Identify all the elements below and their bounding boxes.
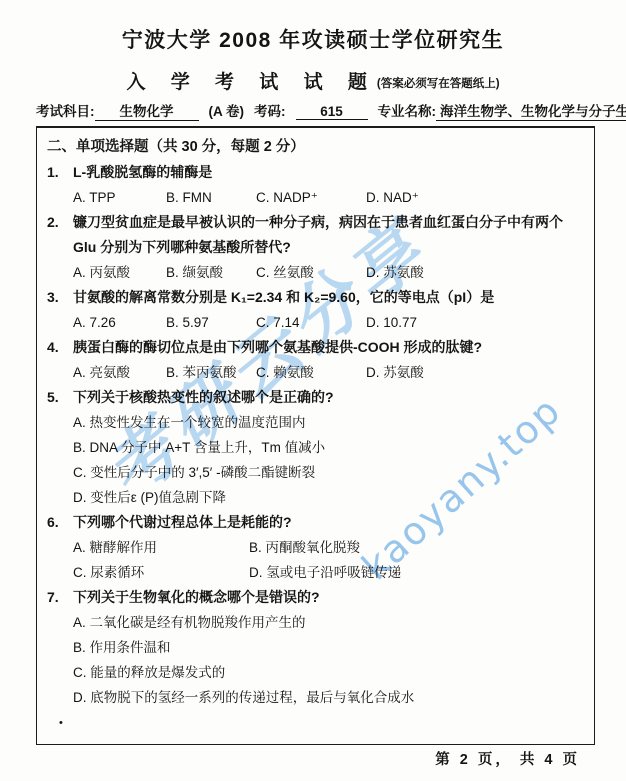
question-3: 3. 甘氨酸的解离常数分别是 K₁=2.34 和 K₂=9.60，它的等电点（p… [47,285,582,310]
option: C. 能量的释放是爆发式的 [73,660,582,685]
option: B. 丙酮酸氧化脱羧 [249,535,360,560]
option: C. 7.14 [256,310,366,335]
question-2-options: A. 丙氨酸B. 缬氨酸C. 丝氨酸D. 苏氨酸 [47,260,582,285]
section-title: 二、单项选择题（共 30 分，每题 2 分） [47,134,582,160]
option: B. 苯丙氨酸 [166,360,256,385]
option: A. 亮氨酸 [73,360,166,385]
question-1-text: L-乳酸脱氢酶的辅酶是 [73,160,582,185]
option: B. FMN [166,185,256,210]
paper-subtitle-note: (答案必须写在答题纸上) [377,78,500,90]
question-6-options: A. 糖酵解作用B. 丙酮酸氧化脱羧 C. 尿素循环D. 氢或电子沿呼吸链传递 [47,535,582,585]
bullet-dot: • [47,710,582,736]
option: B. DNA 分子中 A+T 含量上升，Tm 值减小 [73,435,582,460]
question-2: 2. 镰刀型贫血症是最早被认识的一种分子病，病因在于患者血红蛋白分子中有两个 G… [47,210,582,260]
subject-value: 生物化学 [95,100,199,121]
option: D. 苏氨酸 [366,360,424,385]
option: D. 10.77 [366,310,417,335]
question-6: 6. 下列哪个代谢过程总体上是耗能的? [47,510,582,535]
question-7: 7. 下列关于生物氧化的概念哪个是错误的? [47,585,582,610]
question-5: 5. 下列关于核酸热变性的叙述哪个是正确的? [47,385,582,410]
option: A. TPP [73,185,166,210]
question-4: 4. 胰蛋白酶的酶切位点是由下列哪个氨基酸提供-COOH 形成的肽键? [47,335,582,360]
option: C. 变性后分子中的 3′,5′ -磷酸二酯键断裂 [73,460,582,485]
option: D. 变性后ε (P)值急剧下降 [73,485,582,510]
exam-body-box: 二、单项选择题（共 30 分，每题 2 分） 1. L-乳酸脱氢酶的辅酶是 A.… [36,126,595,745]
option: B. 5.97 [166,310,256,335]
exam-meta-line: 考试科目:生物化学(A 卷)考码:615专业名称:海洋生物学、生物化学与分子生物… [36,100,596,121]
option: A. 糖酵解作用 [73,535,249,560]
question-7-text: 下列关于生物氧化的概念哪个是错误的? [73,585,582,610]
question-4-number: 4. [47,335,73,360]
subject-label: 考试科目: [36,104,95,119]
option: D. 苏氨酸 [366,260,424,285]
question-2-text: 镰刀型贫血症是最早被认识的一种分子病，病因在于患者血红蛋白分子中有两个 Glu … [73,210,582,260]
question-1-options: A. TPPB. FMNC. NADP⁺D. NAD⁺ [47,185,582,210]
option: A. 热变性发生在一个较宽的温度范围内 [73,410,582,435]
option: C. 赖氨酸 [256,360,366,385]
question-6-text: 下列哪个代谢过程总体上是耗能的? [73,510,582,535]
paper-type: (A 卷) [209,104,245,119]
paper-title: 宁波大学 2008 年攻读硕士学位研究生 [0,0,626,54]
page-indicator: 第 2 页， 共 4 页 [435,748,580,769]
option: C. 尿素循环 [73,560,249,585]
option: D. 底物脱下的氢经一系列的传递过程，最后与氧化合成水 [73,685,582,710]
option: B. 缬氨酸 [166,260,256,285]
question-4-options: A. 亮氨酸B. 苯丙氨酸C. 赖氨酸D. 苏氨酸 [47,360,582,385]
major-value: 海洋生物学、生物化学与分子生物学 [436,100,626,121]
option: D. 氢或电子沿呼吸链传递 [249,560,401,585]
question-1-number: 1. [47,160,73,185]
question-1: 1. L-乳酸脱氢酶的辅酶是 [47,160,582,185]
option: C. NADP⁺ [256,185,366,210]
question-5-number: 5. [47,385,73,410]
option: A. 丙氨酸 [73,260,166,285]
question-3-number: 3. [47,285,73,310]
paper-subtitle: 入 学 考 试 试 题 [126,72,376,93]
major-label: 专业名称: [378,104,437,119]
question-2-number: 2. [47,210,73,235]
question-4-text: 胰蛋白酶的酶切位点是由下列哪个氨基酸提供-COOH 形成的肽键? [73,335,582,360]
question-5-text: 下列关于核酸热变性的叙述哪个是正确的? [73,385,582,410]
option: D. NAD⁺ [366,185,419,210]
option: C. 丝氨酸 [256,260,366,285]
exam-paper-page: 宁波大学 2008 年攻读硕士学位研究生 入 学 考 试 试 题(答案必须写在答… [0,0,626,781]
question-3-text: 甘氨酸的解离常数分别是 K₁=2.34 和 K₂=9.60，它的等电点（pI）是 [73,285,582,310]
question-7-options: A. 二氧化碳是经有机物脱羧作用产生的 B. 作用条件温和 C. 能量的释放是爆… [47,610,582,710]
code-label: 考码: [254,104,286,119]
question-3-options: A. 7.26B. 5.97C. 7.14D. 10.77 [47,310,582,335]
question-7-number: 7. [47,585,73,610]
option: B. 作用条件温和 [73,635,582,660]
option: A. 7.26 [73,310,166,335]
code-value: 615 [296,104,368,120]
option: A. 二氧化碳是经有机物脱羧作用产生的 [73,610,582,635]
question-5-options: A. 热变性发生在一个较宽的温度范围内 B. DNA 分子中 A+T 含量上升，… [47,410,582,510]
question-6-number: 6. [47,510,73,535]
paper-subtitle-row: 入 学 考 试 试 题(答案必须写在答题纸上) [0,67,626,94]
